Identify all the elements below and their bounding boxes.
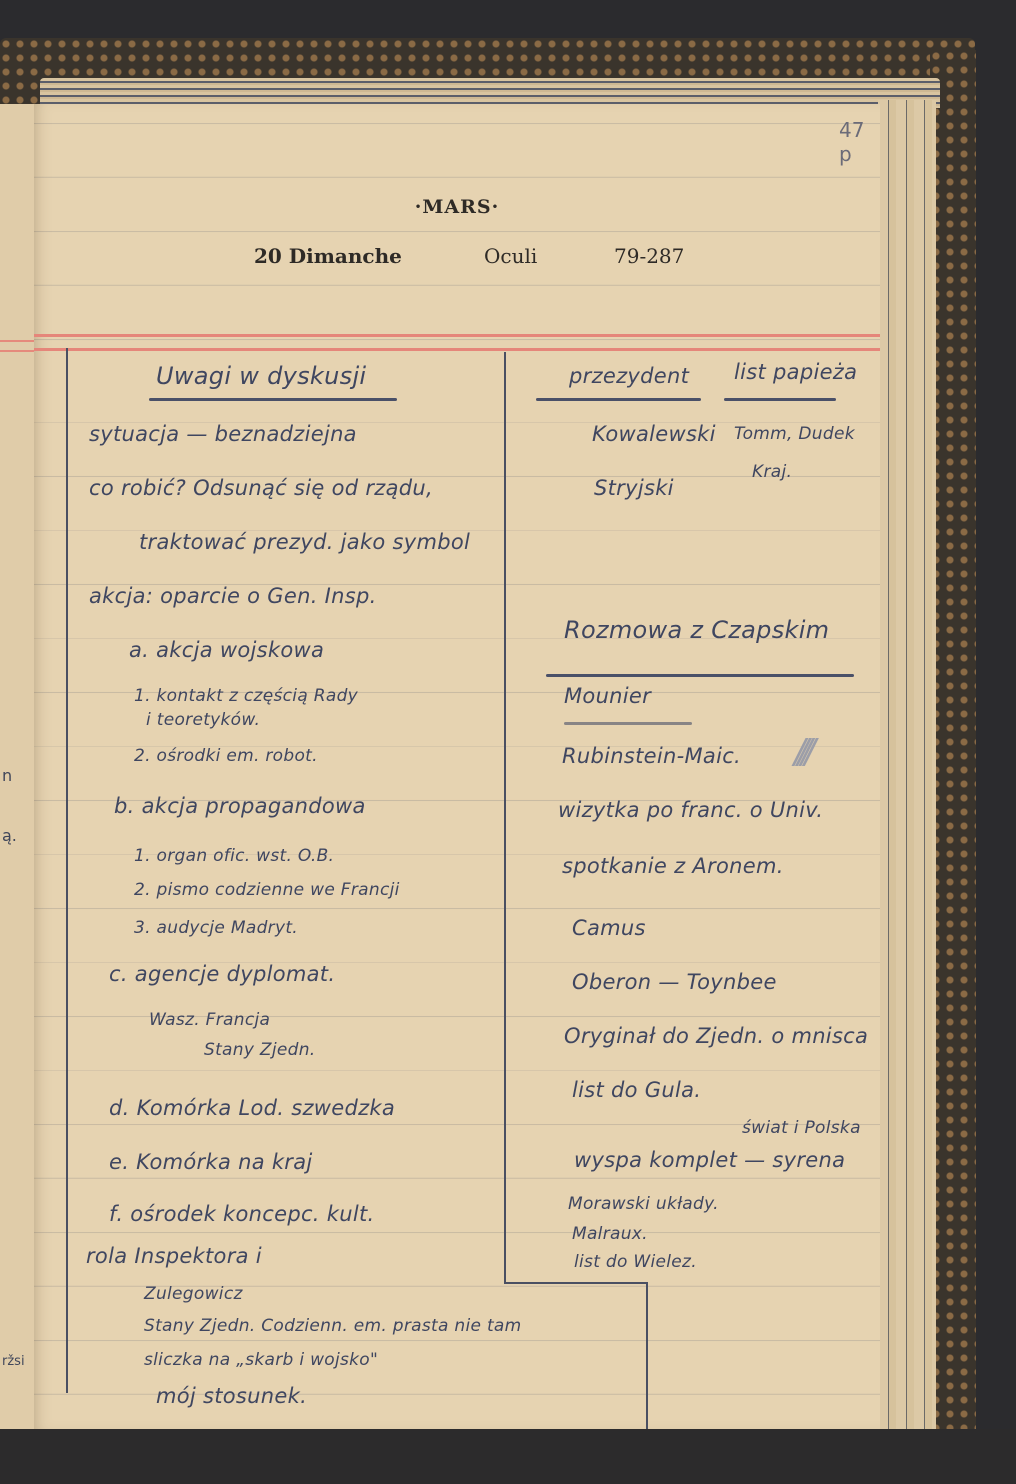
footer-note-line: sliczka na „skarb i wojsko" (144, 1350, 378, 1370)
header-underline (724, 398, 836, 401)
note-line: c. agencje dyplomat. (109, 962, 335, 986)
right-note: Tomm, Dudek (734, 424, 855, 444)
diary-page: 47 p ·MARS· 20 Dimanche Oculi 79-287 Uwa… (34, 104, 880, 1429)
note-line: traktować prezyd. jako symbol (139, 530, 470, 554)
right-note: wizytka po franc. o Univ. (558, 798, 823, 822)
footer-note-line: mój stosunek. (156, 1384, 307, 1408)
note-line: i teoretyków. (146, 710, 260, 730)
liturgical-name: Oculi (484, 244, 537, 268)
note-line: co robić? Odsunąć się od rządu, (89, 476, 433, 500)
note-line: sytuacja — beznadziejna (89, 422, 357, 446)
right-note: Malraux. (572, 1224, 648, 1244)
right-note: Morawski układy. (568, 1194, 719, 1214)
right-note: Oberon — Toynbee (572, 970, 777, 994)
note-line: f. ośrodek koncepc. kult. (109, 1202, 374, 1226)
right-note: Kraj. (752, 462, 792, 482)
book-cover-spine-right (930, 50, 976, 1440)
column-divider (504, 352, 506, 1282)
right-note-insert: świat i Polska (742, 1118, 861, 1138)
note-line: 3. audycje Madryt. (134, 918, 298, 938)
right-note: Oryginał do Zjedn. o mnisca (564, 1024, 868, 1048)
right-note: list do Wielez. (574, 1252, 697, 1272)
column-divider-lower (646, 1282, 648, 1430)
left-page-fragment: ržsi (2, 1354, 25, 1369)
right-note: Stryjski (594, 476, 674, 500)
day-counter: 79-287 (614, 244, 684, 268)
note-line: b. akcja propagandowa (114, 794, 366, 818)
column-divider-corner (504, 1282, 648, 1284)
section-underline (546, 674, 854, 677)
red-rule (0, 340, 36, 342)
note-line: a. akcja wojskowa (129, 638, 324, 662)
right-note: list do Gula. (572, 1078, 701, 1102)
note-line: 1. kontakt z częścią Rady (134, 686, 358, 706)
subsection-title: Mounier (564, 684, 651, 708)
right-column-header: list papieża (734, 360, 857, 384)
note-line: 1. organ ofic. wst. O.B. (134, 846, 334, 866)
right-note: wyspa komplet — syrena (574, 1148, 845, 1172)
page-number: 47 p (839, 118, 880, 166)
red-rule-bottom (34, 348, 880, 351)
right-note: Camus (572, 916, 646, 940)
note-line: akcja: oparcie o Gen. Insp. (89, 584, 377, 608)
note-line: d. Komórka Lod. szwedzka (109, 1096, 395, 1120)
pencil-tally-mark: //// (794, 732, 808, 772)
red-rule-top (34, 334, 880, 337)
header-underline (536, 398, 701, 401)
note-line: e. Komórka na kraj (109, 1150, 313, 1174)
footer-note-line: Stany Zjedn. Codzienn. em. prasta nie ta… (144, 1316, 522, 1336)
footer-note-line: Zulegowicz (144, 1284, 243, 1304)
note-line: 2. pismo codzienne we Francji (134, 880, 400, 900)
red-rule (0, 350, 36, 352)
previous-page-edge: n ą. ržsi (0, 104, 38, 1429)
book-cover-bottom (0, 1429, 1016, 1484)
left-page-fragment: ą. (2, 826, 17, 845)
section-title: Rozmowa z Czapskim (564, 616, 829, 644)
left-margin-rule (66, 348, 68, 1393)
note-line: 2. ośrodki em. robot. (134, 746, 318, 766)
title-underline (149, 398, 397, 401)
left-page-fragment: n (2, 766, 12, 785)
note-line: Wasz. Francja (149, 1010, 270, 1030)
footer-note-line: rola Inspektora i (86, 1244, 262, 1268)
subsection-underline (564, 722, 692, 725)
month-heading: ·MARS· (34, 196, 880, 218)
right-note: Kowalewski (592, 422, 716, 446)
page-stack-right-edge (878, 100, 936, 1440)
left-column-title: Uwagi w dyskusji (156, 362, 366, 390)
right-column-header: przezydent (569, 364, 689, 388)
right-note: Rubinstein-Maic. (562, 744, 741, 768)
note-line: Stany Zjedn. (204, 1040, 316, 1060)
right-note: spotkanie z Aronem. (562, 854, 784, 878)
day-heading: 20 Dimanche (254, 244, 402, 268)
